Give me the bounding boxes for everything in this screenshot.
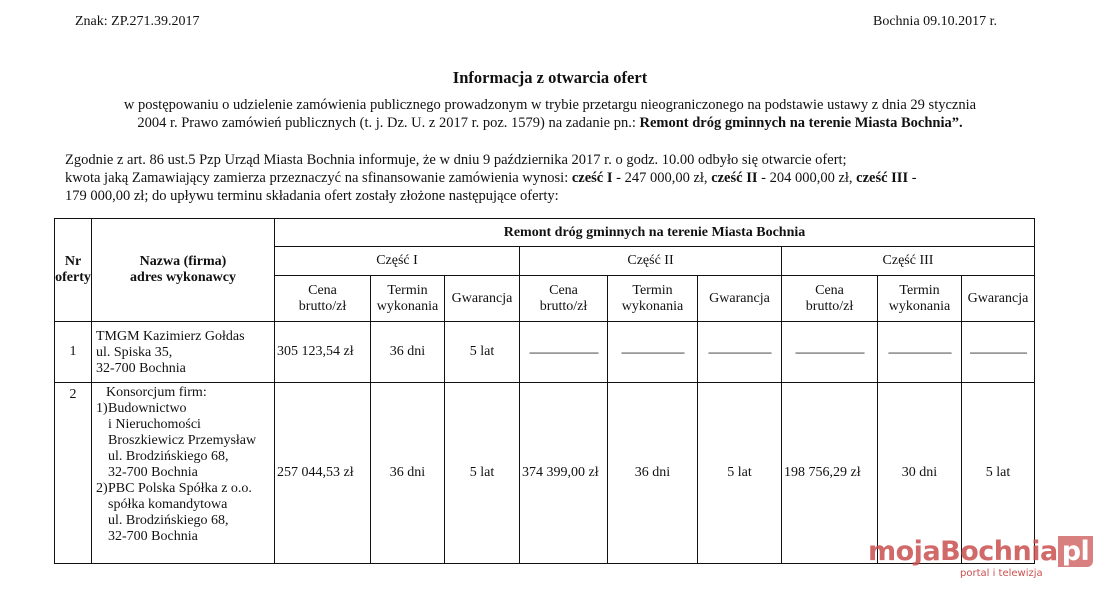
part1-price: 305 123,54 zł [275,322,371,383]
watermark-tagline: portal i telewizja [960,568,1043,579]
header-price: Cenabrutto/zł [275,276,371,322]
part1-term: 36 dni [371,383,445,564]
header-name-line1: Nazwa (firma) [92,254,274,270]
header-nr-line2: oferty [55,270,91,286]
part2-budget: - 204 000,00 zł, [757,170,856,186]
part2-warranty: --------------------- [698,322,782,383]
part1-label: cześć I [572,170,613,186]
member-1-name: Budownictwo [108,401,187,416]
member-2-line: spółka komandytowa [96,497,274,513]
header-warranty: Gwarancja [445,276,520,322]
member-2-line: 2)PBC Polska Spółka z o.o. [96,481,274,497]
watermark-brand: mojaBochniapl [868,536,1093,567]
member-1-line: 1)Budownictwo [96,401,274,417]
budget-info: kwota jaką Zamawiający zamierza przeznac… [65,169,1045,187]
header-name: Nazwa (firma) adres wykonawcy [92,219,275,322]
part1-price: 257 044,53 zł [275,383,371,564]
part2-price: ----------------------- [520,322,608,383]
offers-table: Nr oferty Nazwa (firma) adres wykonawcy … [54,218,1035,564]
header-row-main: Nr oferty Nazwa (firma) adres wykonawcy … [55,219,1035,247]
part3-warranty: ------------------- [962,322,1035,383]
bidder-city-line: 32-700 Bochnia [96,361,274,377]
member-1-address: ul. Brodzińskiego 68, [96,449,274,465]
header-price-l1: Cena [275,283,370,299]
bidder-name: Konsorcjum firm: 1)Budownictwo i Nieruch… [92,383,275,564]
header-term-l2: wykonania [371,299,444,315]
header-term: Terminwykonania [371,276,445,322]
offer-number: 2 [55,383,92,564]
document-title: Informacja z otwarcia ofert [0,68,1100,88]
header-price-l2: brutto/zł [520,299,607,315]
header-name-line2: adres wykonawcy [92,270,274,286]
member-2-city: 32-700 Bochnia [96,529,274,545]
intro-line-1: w postępowaniu o udzielenie zamówienia p… [0,96,1100,114]
header-contract-name: Remont dróg gminnych na terenie Miasta B… [275,219,1035,247]
budget-paragraph: Zgodnie z art. 86 ust.5 Pzp Urząd Miasta… [65,151,1045,205]
part1-warranty: 5 lat [445,383,520,564]
part2-term: --------------------- [608,322,698,383]
intro-text: w postępowaniu o udzielenie zamówienia p… [0,96,1100,132]
budget-info-continued: 179 000,00 zł; do upływu terminu składan… [65,187,1045,205]
part3-dash: - [908,170,916,186]
header-term: Terminwykonania [608,276,698,322]
part2-term: 36 dni [608,383,698,564]
part3-price: ----------------------- [782,322,878,383]
header-nr-line1: Nr [55,254,91,270]
header-term-l1: Termin [608,283,697,299]
header-term-l1: Termin [371,283,444,299]
bidder-name: TMGM Kazimierz Gołdas ul. Spiska 35, 32-… [92,322,275,383]
header-price-l1: Cena [782,283,877,299]
header-price: Cenabrutto/zł [520,276,608,322]
member-2-number: 2) [96,481,108,497]
part2-warranty: 5 lat [698,383,782,564]
header-warranty: Gwarancja [962,276,1035,322]
contract-name: Remont dróg gminnych na terenie Miasta B… [639,115,962,131]
header-term-l2: wykonania [608,299,697,315]
part3-price: 198 756,29 zł [782,383,878,564]
member-2-address: ul. Brodzińskiego 68, [96,513,274,529]
part1-term: 36 dni [371,322,445,383]
member-2-name: PBC Polska Spółka z o.o. [108,481,252,496]
document-reference-number: Znak: ZP.271.39.2017 [75,14,199,30]
part3-term: --------------------- [878,322,962,383]
bidder-address-line: ul. Spiska 35, [96,345,274,361]
header-part-1: Część I [275,247,520,276]
budget-intro: kwota jaką Zamawiający zamierza przeznac… [65,170,572,186]
opening-info: Zgodnie z art. 86 ust.5 Pzp Urząd Miasta… [65,151,1045,169]
header-price: Cenabrutto/zł [782,276,878,322]
part3-label: cześć III [856,170,908,186]
intro-line-2: 2004 r. Prawo zamówień publicznych (t. j… [0,114,1100,132]
header-term-l2: wykonania [878,299,961,315]
member-1-line: i Nieruchomości [96,417,274,433]
header-part-3: Część III [782,247,1035,276]
bidder-name-line: TMGM Kazimierz Gołdas [96,329,274,345]
document-date: Bochnia 09.10.2017 r. [873,14,997,30]
member-1-city: 32-700 Bochnia [96,465,274,481]
member-1-line: Broszkiewicz Przemysław [96,433,274,449]
header-part-2: Część II [520,247,782,276]
part2-price: 374 399,00 zł [520,383,608,564]
consortium-title: Konsorcjum firm: [96,385,274,401]
header-term: Terminwykonania [878,276,962,322]
table-row: 1 TMGM Kazimierz Gołdas ul. Spiska 35, 3… [55,322,1035,383]
part1-budget: - 247 000,00 zł, [613,170,712,186]
watermark-logo: mojaBochniapl portal i telewizja [868,536,1093,567]
header-price-l1: Cena [520,283,607,299]
offer-number: 1 [55,322,92,383]
intro-line-2-text: 2004 r. Prawo zamówień publicznych (t. j… [137,115,639,131]
header-price-l2: brutto/zł [782,299,877,315]
watermark-brand-text: mojaBochnia [868,536,1058,567]
part2-label: cześć II [711,170,757,186]
header-warranty: Gwarancja [698,276,782,322]
header-price-l2: brutto/zł [275,299,370,315]
member-1-number: 1) [96,401,108,417]
header-nr: Nr oferty [55,219,92,322]
header-term-l1: Termin [878,283,961,299]
watermark-tld-badge: pl [1058,536,1094,567]
part1-warranty: 5 lat [445,322,520,383]
